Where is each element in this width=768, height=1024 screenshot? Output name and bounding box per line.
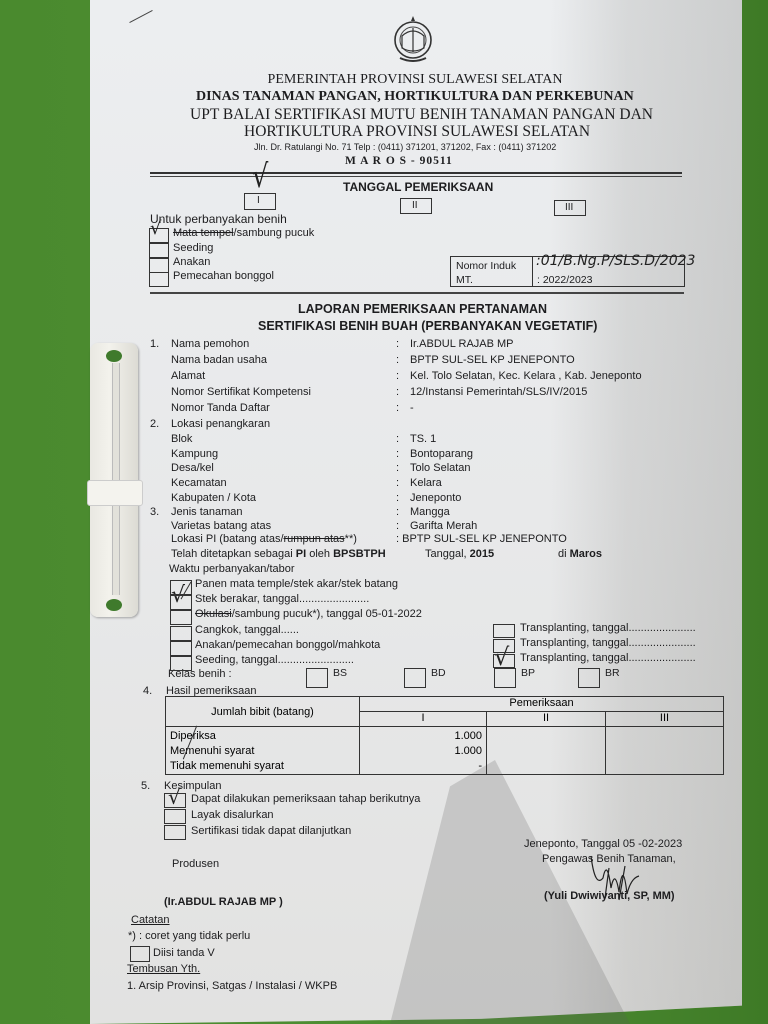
pengawas-name: (Yuli Dwiwiyanti, SP, MM) [544,890,675,902]
perbanyakan-checkbox-3[interactable] [149,258,169,273]
row-label: Diperiksa [170,729,355,744]
lokasi-field-label: Blok [171,433,192,445]
letterhead-line2: DINAS TANAMAN PANGAN, HORTIKULTURA DAN P… [196,89,634,105]
table-row: Diperiksa Memenuhi syarat Tidak memenuhi… [166,727,724,775]
pemohon-field-label: Alamat [171,370,205,382]
binder-clip [90,343,138,617]
cell-value: - [364,759,482,774]
pemohon-field-value: 12/Instansi Pemerintah/SLS/IV/2015 [410,386,587,398]
kesimpulan-checkbox[interactable] [164,825,186,840]
lokasi-field-value: Kelara [410,477,442,489]
letterhead-city: M A R O S - 90511 [345,155,453,167]
nomor-induk-value: :01/B.Ng.P/SLS.D/2023 [536,253,695,269]
pemohon-field-colon: : [396,338,399,350]
transplanting-checkbox[interactable] [493,624,515,638]
perbanyakan-option-4: Pemecahan bonggol [173,270,274,282]
waktu-checkbox[interactable] [170,610,192,625]
kelas-label: BR [605,667,620,679]
kelas-checkbox-br[interactable] [578,668,600,688]
lokasi-pi-value: : BPTP SUL-SEL KP JENEPONTO [396,533,567,545]
section-2-title: Lokasi penangkaran [171,418,270,430]
lokasi-field-label: Kecamatan [171,477,227,489]
divider [150,176,682,177]
nomor-induk-label: Nomor Induk [456,260,516,272]
legend-checkbox [130,946,150,962]
lokasi-field-colon: : [396,433,399,445]
transplanting-checkbox[interactable] [493,654,515,668]
report-title-1: LAPORAN PEMERIKSAAN PERTANAMAN [298,302,547,316]
waktu-checkbox[interactable] [170,580,192,595]
waktu-option: Seeding, tanggal........................… [195,654,354,666]
checkmark-icon: √ [252,160,268,192]
cell-value: 1.000 [364,729,482,744]
kelas-checkbox-bd[interactable] [404,668,426,688]
row-label: Tidak memenuhi syarat [170,759,355,774]
divider [150,172,682,174]
tanaman-field-label: Varietas batang atas [171,520,271,532]
section-2-number: 2. [150,418,159,430]
pemohon-field-colon: : [396,402,399,414]
perbanyakan-title: Untuk perbanyakan benih [150,212,287,226]
report-title-2: SERTIFIKASI BENIH BUAH (PERBANYAKAN VEGE… [258,319,597,333]
hasil-pemeriksaan-table: Jumlah bibit (batang) Pemeriksaan I II I… [165,696,724,775]
waktu-checkbox[interactable] [170,626,192,641]
perbanyakan-checkbox-2[interactable] [149,243,169,258]
sub-header: III [606,712,724,727]
pemohon-field-value: Ir.ABDUL RAJAB MP [410,338,514,350]
catatan-note-1: *) : coret yang tidak perlu [128,930,250,942]
tanggal-pemeriksaan-title: TANGGAL PEMERIKSAAN [343,180,493,194]
lokasi-field-colon: : [396,492,399,504]
tanaman-field-label: Jenis tanaman [171,506,243,518]
ditetapkan-lokasi: di Maros [558,548,602,560]
letterhead-line1: PEMERINTAH PROVINSI SULAWESI SELATAN [0,72,768,88]
waktu-checkbox[interactable] [170,595,192,610]
letterhead-line3: UPT BALAI SERTIFIKASI MUTU BENIH TANAMAN… [190,106,653,124]
nomor-induk-box: Nomor Induk :01/B.Ng.P/SLS.D/2023 MT. : … [450,256,685,287]
letterhead-line4: HORTIKULTURA PROVINSI SULAWESI SELATAN [244,123,590,141]
tanaman-field-colon: : [396,506,399,518]
waktu-option: Cangkok, tanggal...... [195,624,299,636]
pemohon-field-label: Nomor Sertifikat Kompetensi [171,386,311,398]
ditetapkan-tanggal: Tanggal, 2015 [425,548,494,560]
waktu-title: Waktu perbanyakan/tabor [169,563,295,575]
kesimpulan-option: Sertifikasi tidak dapat dilanjutkan [191,825,351,837]
pemohon-field-value: Kel. Tolo Selatan, Kec. Kelara , Kab. Je… [410,370,642,382]
section-4-number: 4. [143,685,152,697]
section-5-number: 5. [141,780,150,792]
col-header: Jumlah bibit (batang) [166,697,360,727]
tanaman-field-value: Garifta Merah [410,520,477,532]
lokasi-field-colon: : [396,462,399,474]
lokasi-pi-label: Lokasi PI (batang atas/rumpun atas**) [171,533,357,545]
kelas-checkbox-bs[interactable] [306,668,328,688]
pemeriksaan-box-2[interactable]: II [400,198,432,214]
kesimpulan-option: Dapat dilakukan pemeriksaan tahap beriku… [191,793,420,805]
catatan-title: Catatan [131,914,170,926]
provincial-emblem-icon [390,14,436,68]
lokasi-field-colon: : [396,477,399,489]
lokasi-field-colon: : [396,448,399,460]
waktu-option: Stek berakar, tanggal...................… [195,593,369,605]
pemohon-field-colon: : [396,386,399,398]
group-header: Pemeriksaan [360,697,724,712]
pemohon-field-colon: : [396,370,399,382]
kesimpulan-checkbox[interactable] [164,809,186,824]
divider [150,292,684,294]
kelas-checkbox-bp[interactable] [494,668,516,688]
waktu-option: Panen mata temple/stek akar/stek batang [195,578,398,590]
cell-value: 1.000 [364,744,482,759]
waktu-option: Anakan/pemecahan bonggol/mahkota [195,639,380,651]
kesimpulan-option: Layak disalurkan [191,809,274,821]
produsen-title: Produsen [172,858,219,870]
pemohon-field-label: Nomor Tanda Daftar [171,402,270,414]
catatan-note-2: Diisi tanda V [153,947,215,959]
pemohon-field-label: Nama badan usaha [171,354,267,366]
kelas-label: BD [431,667,446,679]
produsen-name: (Ir.ABDUL RAJAB MP ) [164,896,283,908]
section-1-number: 1. [150,338,159,350]
perbanyakan-option-3: Anakan [173,256,210,268]
kesimpulan-checkbox[interactable] [164,793,186,808]
waktu-checkbox[interactable] [170,641,192,656]
ditetapkan-text: Telah ditetapkan sebagai PI oleh BPSBTPH [171,548,386,560]
letterhead-address: Jln. Dr. Ratulangi No. 71 Telp : (0411) … [254,142,556,152]
mt-value: : 2022/2023 [537,274,592,286]
checkmark-icon: √ [150,220,161,238]
perbanyakan-option-2: Seeding [173,242,213,254]
tanaman-field-value: Mangga [410,506,450,518]
lokasi-field-value: Tolo Selatan [410,462,471,474]
lokasi-field-value: Jeneponto [410,492,461,504]
transplanting-checkbox[interactable] [493,639,515,653]
pemohon-field-value: - [410,402,414,414]
pemohon-field-value: BPTP SUL-SEL KP JENEPONTO [410,354,575,366]
perbanyakan-option-1: Mata tempel/sambung pucuk [173,227,314,239]
tembusan-item: 1. Arsip Provinsi, Satgas / Instalasi / … [127,980,337,992]
lokasi-field-label: Desa/kel [171,462,214,474]
lokasi-field-label: Kabupaten / Kota [171,492,256,504]
kelas-label: BS [333,667,347,679]
sub-header: II [487,712,606,727]
lokasi-field-value: Bontoparang [410,448,473,460]
transplanting-option: Transplanting, tanggal..................… [520,637,696,649]
waktu-option: Okulasi/sambung pucuk*), tanggal 05-01-2… [195,608,422,620]
lokasi-field-value: TS. 1 [410,433,436,445]
transplanting-option: Transplanting, tanggal..................… [520,652,696,664]
waktu-checkbox[interactable] [170,656,192,671]
pemeriksaan-box-1[interactable]: I [244,193,276,210]
mt-label: MT. [456,274,473,286]
tanaman-field-colon: : [396,520,399,532]
perbanyakan-checkbox-4[interactable] [149,272,169,287]
transplanting-option: Transplanting, tanggal..................… [520,622,696,634]
kelas-label: BP [521,667,535,679]
sub-header: I [360,712,487,727]
clip-slider[interactable] [87,480,143,506]
lokasi-field-label: Kampung [171,448,218,460]
tembusan-title: Tembusan Yth. [127,963,200,975]
pemohon-field-colon: : [396,354,399,366]
pemeriksaan-box-3[interactable]: III [554,200,586,216]
section-3-number: 3. [150,506,159,518]
row-label: Memenuhi syarat [170,744,355,759]
pemohon-field-label: Nama pemohon [171,338,249,350]
